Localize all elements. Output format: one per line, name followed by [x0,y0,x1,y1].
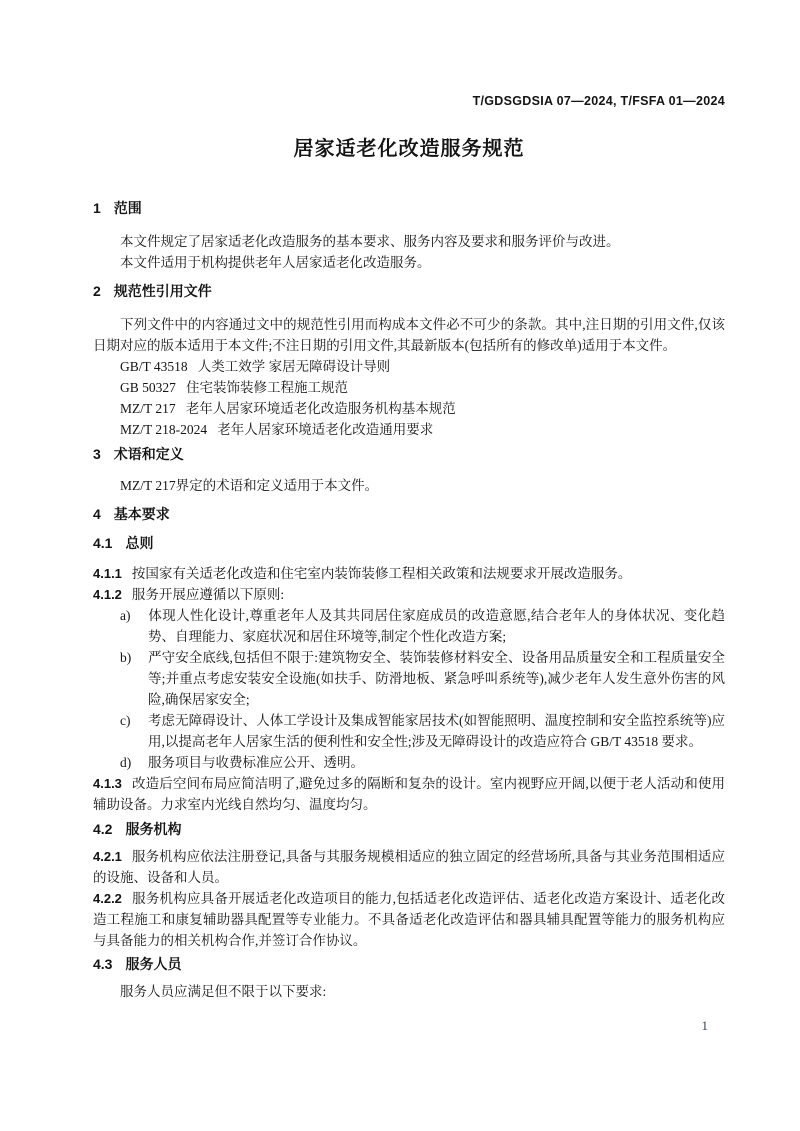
clause-4-1-1: 4.1.1按国家有关适老化改造和住宅室内装饰装修工程相关政策和法规要求开展改造服… [93,563,725,584]
list-marker-b: b) [120,647,148,668]
section-2-number: 2 [93,283,101,300]
section-4-3-heading: 4.3服务人员 [93,956,725,973]
section-4-3-title: 服务人员 [125,956,181,972]
clause-4-1-2: 4.1.2服务开展应遵循以下原则: [93,584,725,605]
list-marker-d: d) [120,752,148,773]
section-3-paragraph: MZ/T 217界定的术语和定义适用于本文件。 [93,475,725,496]
section-4-number: 4 [93,506,101,523]
clause-4-1-2-number: 4.1.2 [93,587,122,602]
section-4-1-heading: 4.1总则 [93,535,725,552]
clause-4-2-1-text: 服务机构应依法注册登记,具备与其服务规模相适应的独立固定的经营场所,具备与其业务… [93,849,725,885]
document-title: 居家适老化改造服务规范 [93,136,725,162]
section-3-number: 3 [93,446,101,463]
reference-item: MZ/T 218-2024 老年人居家环境适老化改造通用要求 [120,419,725,440]
list-marker-c: c) [120,710,148,731]
list-item-a-text: 体现人性化设计,尊重老年人及其共同居住家庭成员的改造意愿,结合老年人的身体状况、… [148,608,725,644]
section-1-paragraph: 本文件适用于机构提供老年人居家适老化改造服务。 [93,252,725,273]
reference-item: GB 50327 住宅装饰装修工程施工规范 [120,377,725,398]
list-item-c-text: 考虑无障碍设计、人体工学设计及集成智能家居技术(如智能照明、温度控制和安全监控系… [148,713,725,749]
list-item-d: d)服务项目与收费标准应公开、透明。 [93,752,725,773]
section-4-3-paragraph: 服务人员应满足但不限于以下要求: [93,981,725,1002]
list-item-b-text: 严守安全底线,包括但不限于:建筑物安全、装饰装修材料安全、设备用品质量安全和工程… [148,650,725,707]
list-item-a: a)体现人性化设计,尊重老年人及其共同居住家庭成员的改造意愿,结合老年人的身体状… [93,605,725,647]
section-4-2-heading: 4.2服务机构 [93,821,725,838]
list-item-b: b)严守安全底线,包括但不限于:建筑物安全、装饰装修材料安全、设备用品质量安全和… [93,647,725,710]
section-4-2-title: 服务机构 [125,821,181,837]
clause-4-1-1-text: 按国家有关适老化改造和住宅室内装饰装修工程相关政策和法规要求开展改造服务。 [132,566,632,581]
clause-4-1-3-number: 4.1.3 [93,776,122,791]
clause-4-1-3-text: 改造后空间布局应简洁明了,避免过多的隔断和复杂的设计。室内视野应开阔,以便于老人… [93,776,725,812]
clause-4-2-2: 4.2.2服务机构应具备开展适老化改造项目的能力,包括适老化改造评估、适老化改造… [93,888,725,951]
section-2-intro: 下列文件中的内容通过文中的规范性引用而构成本文件必不可少的条款。其中,注日期的引… [93,314,725,356]
section-4-1-title: 总则 [125,535,153,551]
clause-4-2-1-number: 4.2.1 [93,849,122,864]
clause-4-2-2-text: 服务机构应具备开展适老化改造项目的能力,包括适老化改造评估、适老化改造方案设计、… [93,891,725,948]
section-2-title: 规范性引用文件 [114,283,212,299]
section-3-heading: 3术语和定义 [93,446,725,463]
reference-item: MZ/T 217 老年人居家环境适老化改造服务机构基本规范 [120,398,725,419]
section-3-title: 术语和定义 [114,446,184,462]
list-item-d-text: 服务项目与收费标准应公开、透明。 [148,755,364,770]
section-1-number: 1 [93,200,101,217]
section-4-title: 基本要求 [114,506,170,522]
reference-item: GB/T 43518 人类工效学 家居无障碍设计导则 [120,356,725,377]
section-4-1-number: 4.1 [93,535,112,552]
section-4-3-number: 4.3 [93,956,112,973]
page-number: 1 [93,1015,725,1036]
section-1-heading: 1范围 [93,200,725,217]
clause-4-2-2-number: 4.2.2 [93,891,122,906]
standard-reference: T/GDSGDSIA 07—2024, T/FSFA 01—2024 [93,94,725,108]
section-4-heading: 4基本要求 [93,506,725,523]
clause-4-1-1-number: 4.1.1 [93,566,122,581]
clause-4-2-1: 4.2.1服务机构应依法注册登记,具备与其服务规模相适应的独立固定的经营场所,具… [93,846,725,888]
section-1-paragraph: 本文件规定了居家适老化改造服务的基本要求、服务内容及要求和服务评价与改进。 [93,231,725,252]
list-marker-a: a) [120,605,148,626]
section-4-2-number: 4.2 [93,821,112,838]
section-1-title: 范围 [114,200,142,216]
document-page: T/GDSGDSIA 07—2024, T/FSFA 01—2024 居家适老化… [0,0,800,1131]
clause-4-1-2-text: 服务开展应遵循以下原则: [132,587,284,602]
normative-reference-list: GB/T 43518 人类工效学 家居无障碍设计导则 GB 50327 住宅装饰… [120,356,725,440]
section-2-heading: 2规范性引用文件 [93,283,725,300]
list-item-c: c)考虑无障碍设计、人体工学设计及集成智能家居技术(如智能照明、温度控制和安全监… [93,710,725,752]
clause-4-1-3: 4.1.3改造后空间布局应简洁明了,避免过多的隔断和复杂的设计。室内视野应开阔,… [93,773,725,815]
